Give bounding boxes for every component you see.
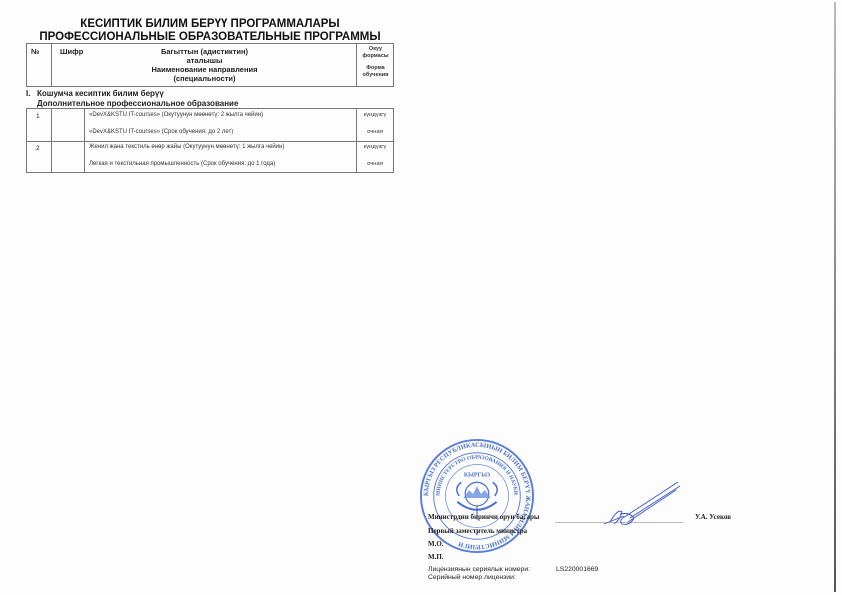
header-name-ky-1: Багыттын (адистиктин) [87,47,322,56]
header-form: Окуу формасы Форма обучения [357,46,394,78]
row-num: 1 [36,113,40,120]
header-form-ru-2: обучения [357,72,394,79]
section-title-ky: Кошумча кесиптик билим берүү [37,89,164,98]
column-divider [51,44,52,86]
row-form-ky: күндүзгү [357,112,393,118]
seal-label-ru: М.П. [428,553,444,561]
section-title-ru: Дополнительное профессиональное образова… [26,99,238,109]
row-name-ru: Легкая и текстильная промышленность (Сро… [89,161,275,167]
signer-position-ru: Первый заместитель министра [428,527,527,535]
header-name: Багыттын (адистиктин) аталышы Наименован… [87,47,322,83]
row-name-ru: «DevX&KSTU IT-courses» (Срок обучения: д… [89,129,233,135]
header-name-ru-1: Наименование направления [87,65,322,74]
row-form-ru: очная [357,129,393,135]
row-form-ru: очная [357,161,393,167]
header-code: Шифр [60,47,83,56]
row-num: 2 [36,145,40,152]
section-heading: I.Кошумча кесиптик билим берүү Дополните… [26,89,238,108]
programs-table: 1 «DevX&KSTU IT-courses» (Окутуунун мөөн… [26,108,394,173]
signature-icon [600,478,682,528]
row-form-ky: күндүзгү [357,144,393,150]
signer-position-ky: Министрдин биринчи орун басары [428,513,539,521]
svg-text:КЫРГЫЗ: КЫРГЫЗ [464,472,490,478]
signer-name: У.А. Усеков [695,513,731,521]
license-label-ky: Лицензиянын сериялык номери: [428,566,530,574]
row-name-ky: «DevX&KSTU IT-courses» (Окутуунун мөөнөт… [89,112,263,118]
license-number: LS220001669 [556,566,598,573]
document-title-ky: КЕСИПТИК БИЛИМ БЕРҮҮ ПРОГРАММАЛАРЫ [24,18,396,31]
section-number: I. [26,89,37,99]
license-label-ru: Серийный номер лицензии: [428,574,516,582]
seal-label-ky: М.О. [428,540,444,548]
header-num: № [31,47,39,56]
header-form-ky-2: формасы [357,53,394,60]
header-name-ru-2: (специальности) [87,74,322,83]
header-name-ky-2: аталышы [87,56,322,65]
row-divider [27,141,393,142]
table-header: № Шифр Багыттын (адистиктин) аталышы Наи… [26,43,394,87]
page-edge [834,2,836,592]
official-stamp-icon: КЫРГЫЗ РЕСПУБЛИКАСЫНЫН БИЛИМ БЕРҮҮ ЖАНА … [418,437,536,555]
row-name-ky: Женил жана текстиль өнөр жайы (Окутуунун… [89,144,284,150]
